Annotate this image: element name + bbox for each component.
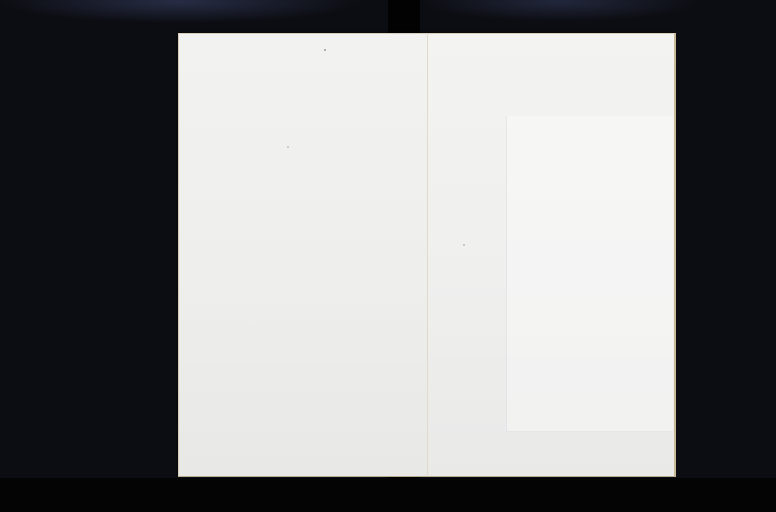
left-page (178, 33, 429, 477)
folded-paper-sheet (178, 33, 674, 475)
faint-show-through-panel (506, 116, 673, 432)
right-page (428, 33, 676, 477)
backdrop-bottom-strip (0, 478, 776, 512)
paper-speck (287, 146, 289, 148)
paper-speck (324, 49, 326, 51)
paper-speck (463, 244, 465, 246)
